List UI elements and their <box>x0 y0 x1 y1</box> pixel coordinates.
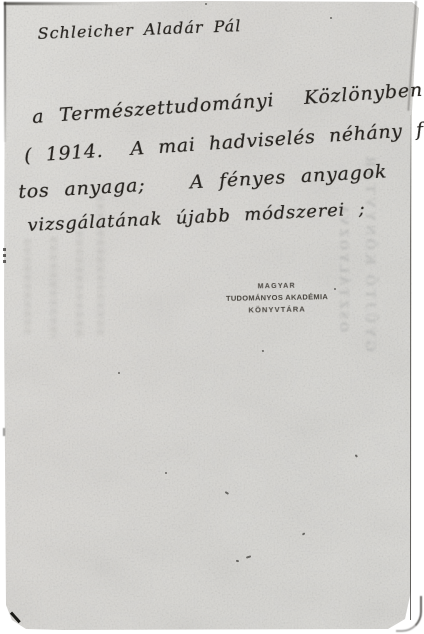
paper-speck <box>236 560 239 562</box>
paper-speck <box>330 17 332 19</box>
card-edge-shadow-left <box>4 2 6 142</box>
library-stamp: MAGYAR TUDOMÁNYOS AKADÉMIA KÖNYVTÁRA <box>224 282 331 315</box>
bleedthrough-smudge <box>24 240 31 335</box>
bleedthrough-stamp-text: OSZTÁLYOZVA <box>336 202 352 332</box>
card-edge-nick-left <box>3 428 5 436</box>
library-stamp-line: TUDOMÁNYOS AKADÉMIA <box>224 292 330 303</box>
paper-speck <box>165 472 167 474</box>
card-edge-corner-bottom-right <box>396 596 422 632</box>
card-edge-shadow-right <box>410 115 412 620</box>
card-edge-shadow-top-left <box>4 2 124 5</box>
card-edge-marks-left <box>3 248 6 264</box>
paper-speck <box>118 372 120 374</box>
bleedthrough-smudge <box>76 232 83 337</box>
scanned-card-image: OSZTÁLYOZVA GYŰJTŐ KÖNYVTÁR Schleicher A… <box>0 0 424 634</box>
paper-speck <box>334 288 336 290</box>
paper-speck <box>205 3 207 5</box>
library-stamp-line: MAGYAR <box>224 282 330 291</box>
library-stamp-line: KÖNYVTÁRA <box>224 304 330 315</box>
bleedthrough-smudge <box>50 238 57 338</box>
